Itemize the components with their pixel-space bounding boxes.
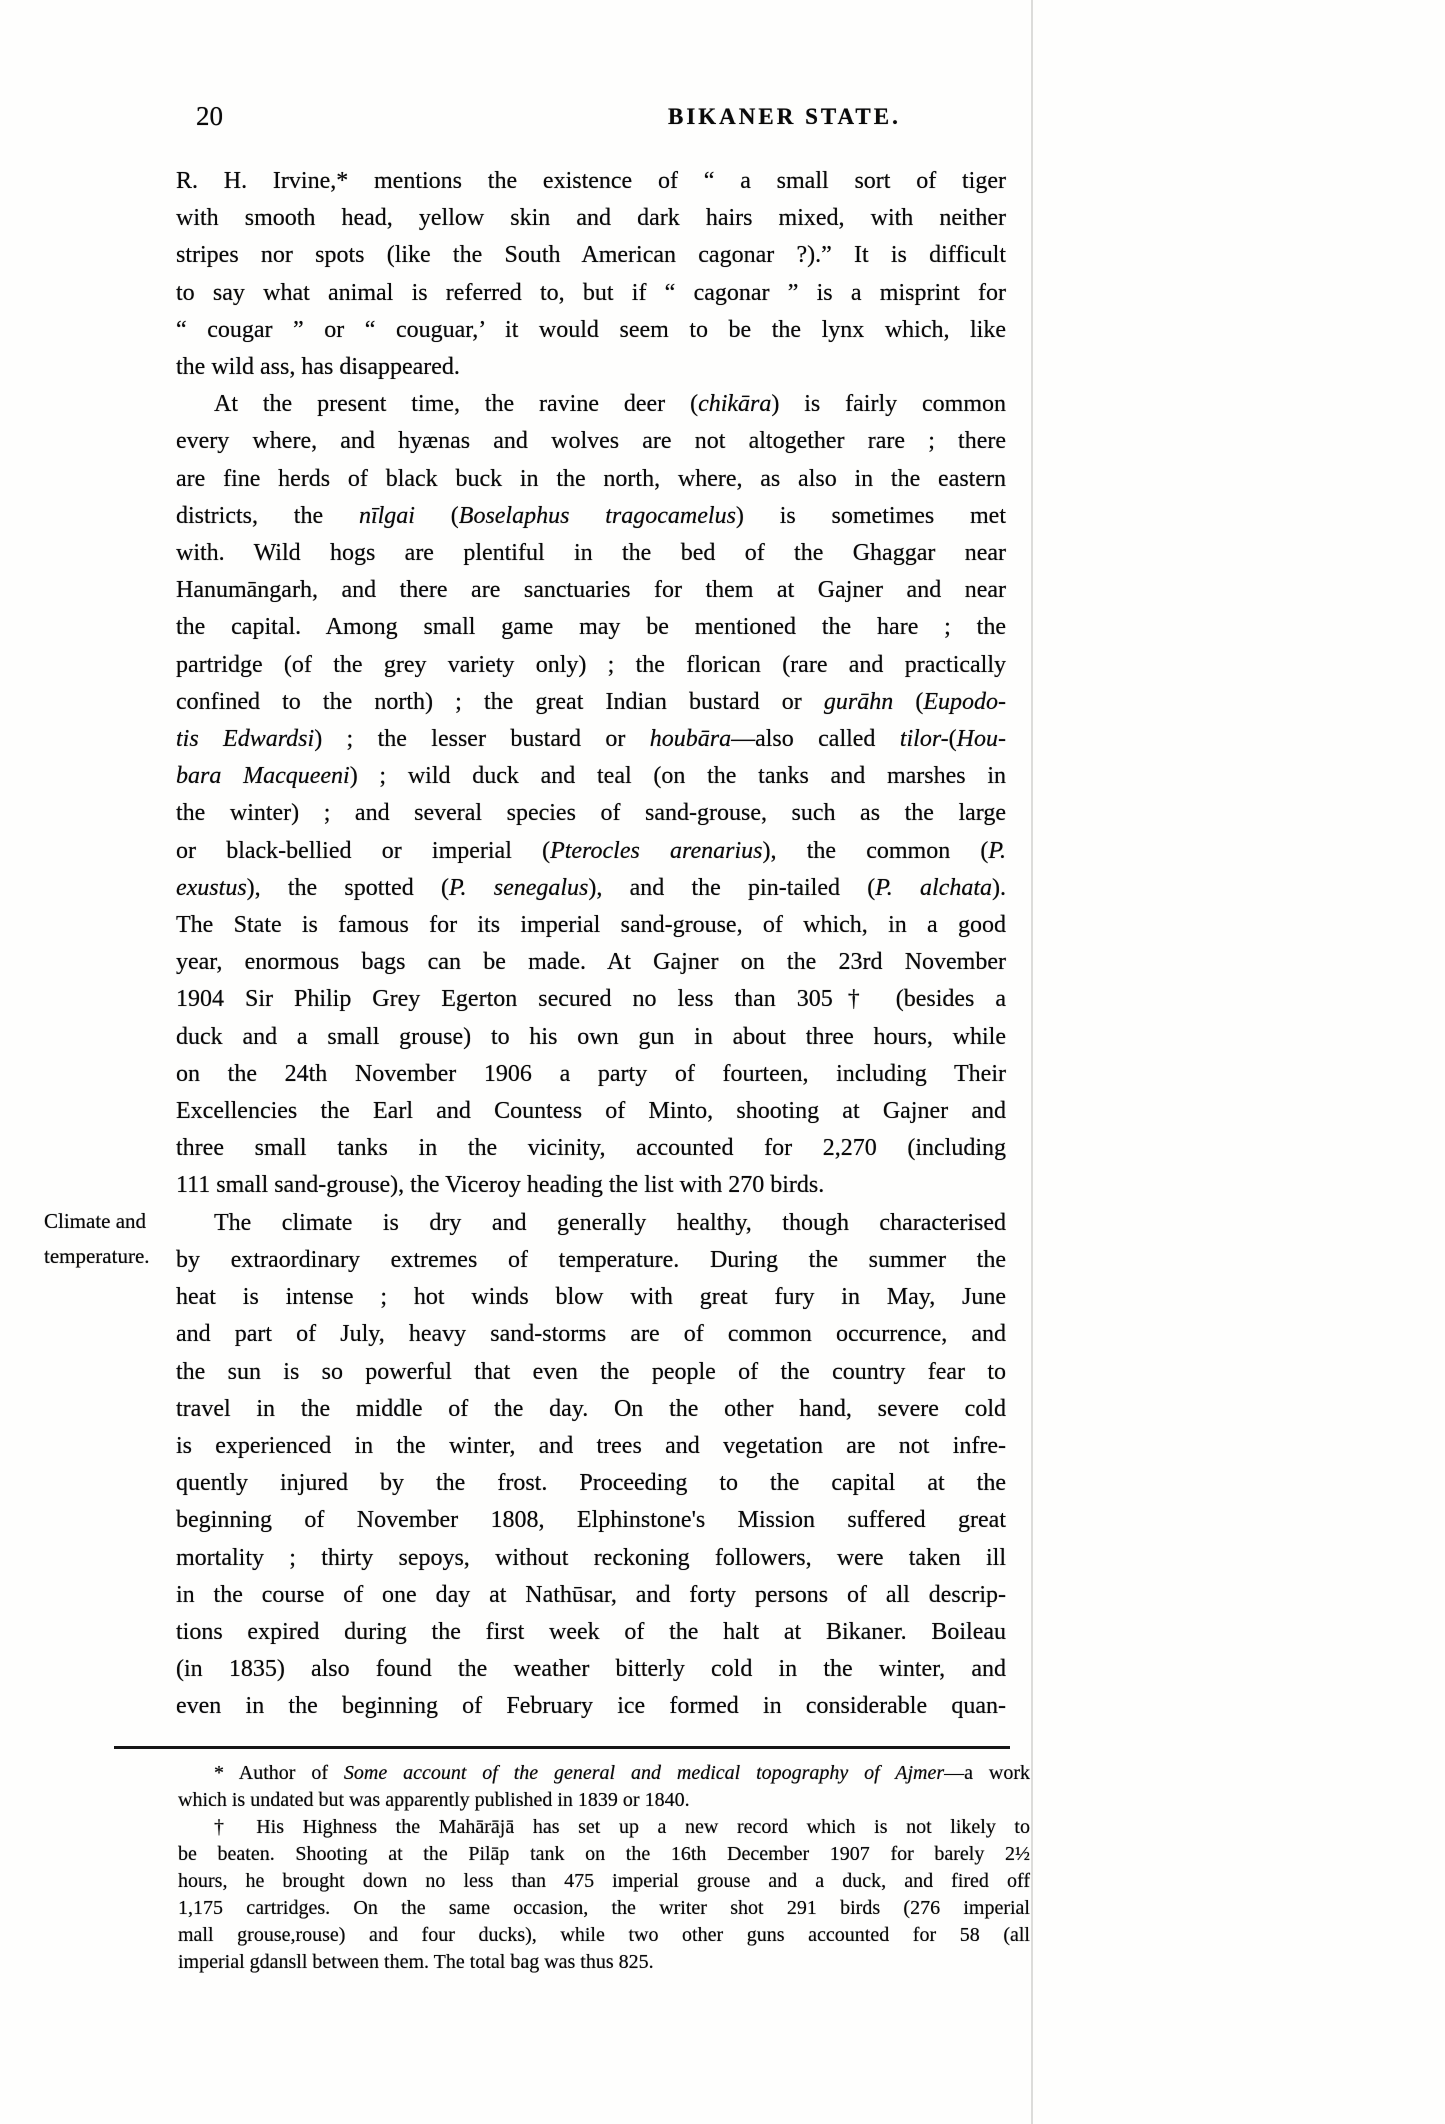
margin-note-line: temperature.: [44, 1239, 194, 1274]
text-line: R. H. Irvine,* mentions the existence of…: [176, 163, 1006, 200]
text-line: Hanumāngarh, and there are sanctuaries f…: [176, 572, 1006, 609]
text-line: The climate is dry and generally healthy…: [176, 1205, 1006, 1242]
text-line: 1904 Sir Philip Grey Egerton secured no …: [176, 981, 1006, 1018]
text-line: quently injured by the frost. Proceeding…: [176, 1465, 1006, 1502]
text-line: even in the beginning of February ice fo…: [176, 1688, 1006, 1725]
text-line: stripes nor spots (like the South Americ…: [176, 237, 1006, 274]
text-line: The State is famous for its imperial san…: [176, 907, 1006, 944]
text-line: † His Highness the Mahārājā has set up a…: [178, 1814, 1030, 1841]
text-line: with. Wild hogs are plentiful in the bed…: [176, 535, 1006, 572]
text-line: by extraordinary extremes of temperature…: [176, 1242, 1006, 1279]
footnote-rule: [114, 1746, 1010, 1749]
text-line: mall grouse,rouse) and four ducks), whil…: [178, 1922, 1030, 1949]
text-line: to say what animal is referred to, but i…: [176, 275, 1006, 312]
margin-note-line: Climate and: [44, 1204, 194, 1239]
text-line: three small tanks in the vicinity, accou…: [176, 1130, 1006, 1167]
text-line: “ cougar ” or “ couguar,’ it would seem …: [176, 312, 1006, 349]
text-line: which is undated but was apparently publ…: [178, 1787, 1030, 1814]
text-line: Excellencies the Earl and Countess of Mi…: [176, 1093, 1006, 1130]
text-line: 111 small sand-grouse), the Viceroy head…: [176, 1167, 1006, 1204]
text-line: duck and a small grouse) to his own gun …: [176, 1019, 1006, 1056]
text-line: heat is intense ; hot winds blow with gr…: [176, 1279, 1006, 1316]
text-line: year, enormous bags can be made. At Gajn…: [176, 944, 1006, 981]
text-line: on the 24th November 1906 a party of fou…: [176, 1056, 1006, 1093]
paragraph: The climate is dry and generally healthy…: [176, 1205, 1006, 1726]
footnotes: * Author of Some account of the general …: [178, 1760, 1030, 1976]
text-line: districts, the nīlgai (Boselaphus tragoc…: [176, 498, 1006, 535]
text-line: imperial gdansll between them. The total…: [178, 1949, 1030, 1976]
text-line: confined to the north) ; the great India…: [176, 684, 1006, 721]
body-text: R. H. Irvine,* mentions the existence of…: [176, 163, 1006, 1726]
text-line: every where, and hyænas and wolves are n…: [176, 423, 1006, 460]
text-line: 1,175 cartridges. On the same occasion, …: [178, 1895, 1030, 1922]
paragraph: R. H. Irvine,* mentions the existence of…: [176, 163, 1006, 386]
text-line: tis Edwardsi) ; the lesser bustard or ho…: [176, 721, 1006, 758]
text-line: with smooth head, yellow skin and dark h…: [176, 200, 1006, 237]
text-line: are fine herds of black buck in the nort…: [176, 461, 1006, 498]
text-line: beginning of November 1808, Elphinstone'…: [176, 1502, 1006, 1539]
text-line: tions expired during the first week of t…: [176, 1614, 1006, 1651]
scanned-book-page: 20 BIKANER STATE. Climate and temperatur…: [0, 0, 1445, 2124]
footnote: † His Highness the Mahārājā has set up a…: [178, 1814, 1030, 1976]
text-line: the wild ass, has disappeared.: [176, 349, 1006, 386]
text-line: the winter) ; and several species of san…: [176, 795, 1006, 832]
text-line: partridge (of the grey variety only) ; t…: [176, 647, 1006, 684]
text-line: the capital. Among small game may be men…: [176, 609, 1006, 646]
text-line: hours, he brought down no less than 475 …: [178, 1868, 1030, 1895]
text-line: * Author of Some account of the general …: [178, 1760, 1030, 1787]
margin-note: Climate and temperature.: [44, 1204, 194, 1274]
footnote: * Author of Some account of the general …: [178, 1760, 1030, 1814]
page-number: 20: [196, 101, 223, 132]
text-line: exustus), the spotted (P. senegalus), an…: [176, 870, 1006, 907]
text-line: in the course of one day at Nathūsar, an…: [176, 1577, 1006, 1614]
text-line: the sun is so powerful that even the peo…: [176, 1354, 1006, 1391]
text-line: travel in the middle of the day. On the …: [176, 1391, 1006, 1428]
text-line: mortality ; thirty sepoys, without recko…: [176, 1540, 1006, 1577]
text-line: At the present time, the ravine deer (ch…: [176, 386, 1006, 423]
text-line: bara Macqueeni) ; wild duck and teal (on…: [176, 758, 1006, 795]
text-line: (in 1835) also found the weather bitterl…: [176, 1651, 1006, 1688]
text-line: or black-bellied or imperial (Pterocles …: [176, 833, 1006, 870]
running-header: BIKANER STATE.: [668, 104, 901, 130]
scan-gutter-line: [1031, 0, 1033, 2124]
text-line: be beaten. Shooting at the Pilāp tank on…: [178, 1841, 1030, 1868]
text-line: and part of July, heavy sand-storms are …: [176, 1316, 1006, 1353]
text-line: is experienced in the winter, and trees …: [176, 1428, 1006, 1465]
paragraph: At the present time, the ravine deer (ch…: [176, 386, 1006, 1204]
